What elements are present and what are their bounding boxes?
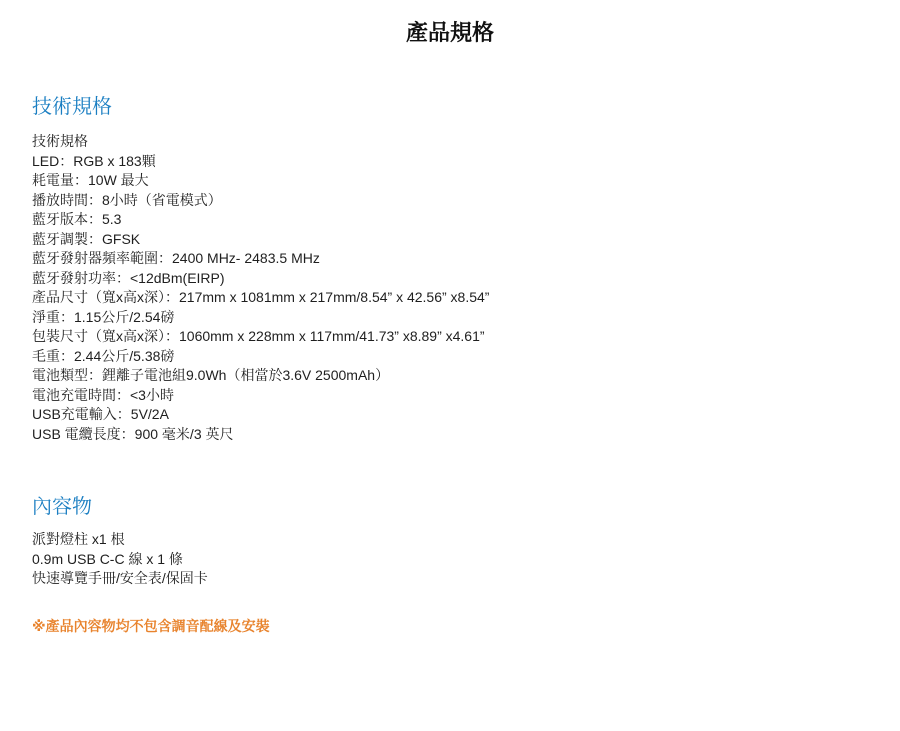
- content-line-usb-cable: 0.9m USB C-C 線 x 1 條: [32, 550, 860, 570]
- spec-line-bluetooth-transmit-power: 藍牙發射功率：<12dBm(EIRP): [32, 269, 860, 289]
- spec-line-subtitle: 技術規格: [32, 132, 860, 152]
- spec-line-gross-weight: 毛重：2.44公斤/5.38磅: [32, 347, 860, 367]
- disclaimer-note: ※產品內容物均不包含調音配線及安裝: [32, 617, 860, 636]
- section-technical-specs: 技術規格 技術規格 LED：RGB x 183顆 耗電量：10W 最大 播放時間…: [32, 94, 860, 444]
- technical-specs-list: 技術規格 LED：RGB x 183顆 耗電量：10W 最大 播放時間：8小時（…: [32, 132, 860, 444]
- spec-line-bluetooth-frequency-range: 藍牙發射器頻率範圍：2400 MHz- 2483.5 MHz: [32, 249, 860, 269]
- box-contents-list: 派對燈柱 x1 根 0.9m USB C-C 線 x 1 條 快速導覽手冊/安全…: [32, 530, 860, 589]
- spec-line-power-consumption: 耗電量：10W 最大: [32, 171, 860, 191]
- spec-line-battery-type: 電池類型：鋰離子電池組9.0Wh（相當於3.6V 2500mAh）: [32, 366, 860, 386]
- product-spec-page: 產品規格 技術規格 技術規格 LED：RGB x 183顆 耗電量：10W 最大…: [0, 0, 900, 731]
- spec-line-usb-cable-length: USB 電纜長度：900 毫米/3 英尺: [32, 425, 860, 445]
- spec-line-bluetooth-version: 藍牙版本：5.3: [32, 210, 860, 230]
- page-title: 產品規格: [0, 20, 900, 46]
- content-line-manual: 快速導覽手冊/安全表/保固卡: [32, 569, 860, 589]
- spec-line-battery-charge-time: 電池充電時間：<3小時: [32, 386, 860, 406]
- technical-specs-heading: 技術規格: [32, 94, 860, 120]
- spec-line-product-dimensions: 產品尺寸（寬x高x深）：217mm x 1081mm x 217mm/8.54”…: [32, 288, 860, 308]
- box-contents-heading: 內容物: [32, 494, 860, 520]
- content-line-light-pole: 派對燈柱 x1 根: [32, 530, 860, 550]
- spec-line-net-weight: 淨重：1.15公斤/2.54磅: [32, 308, 860, 328]
- spec-line-package-dimensions: 包裝尺寸（寬x高x深）：1060mm x 228mm x 117mm/41.73…: [32, 327, 860, 347]
- spec-line-bluetooth-modulation: 藍牙調製：GFSK: [32, 230, 860, 250]
- spec-line-usb-charge-input: USB充電輸入：5V/2A: [32, 405, 860, 425]
- spec-line-play-time: 播放時間：8小時（省電模式）: [32, 191, 860, 211]
- section-box-contents: 內容物 派對燈柱 x1 根 0.9m USB C-C 線 x 1 條 快速導覽手…: [32, 494, 860, 589]
- spec-line-led: LED：RGB x 183顆: [32, 152, 860, 172]
- content-area: 技術規格 技術規格 LED：RGB x 183顆 耗電量：10W 最大 播放時間…: [0, 94, 900, 636]
